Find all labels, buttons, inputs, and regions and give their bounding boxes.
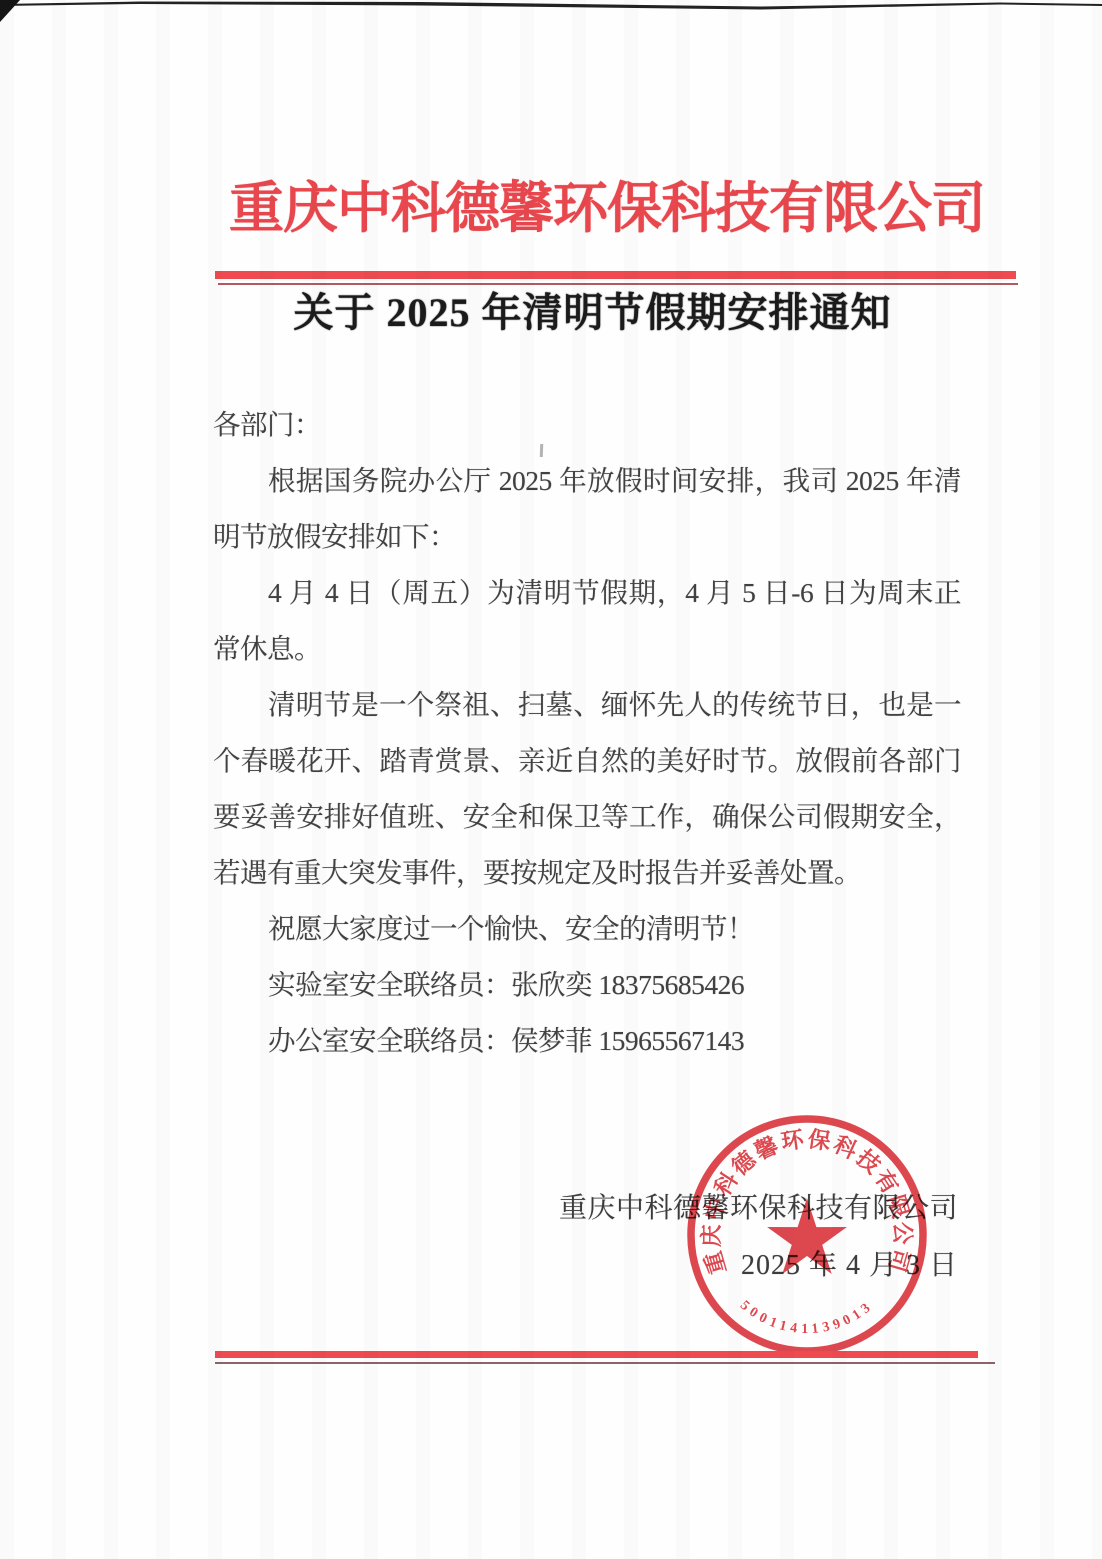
body-line: 办公室安全联络员：侯梦菲 15965567143	[213, 1013, 961, 1069]
salutation-line: 各部门：	[213, 397, 961, 453]
body-paragraph: 祝愿大家度过一个愉快、安全的清明节！	[213, 901, 961, 957]
body-line: 个春暖花开、踏青赏景、亲近自然的美好时节。放假前各部门	[213, 733, 961, 789]
body-line: 祝愿大家度过一个愉快、安全的清明节！	[213, 901, 961, 957]
body-line: 要妥善安排好值班、安全和保卫等工作，确保公司假期安全，	[213, 789, 961, 845]
notice-body: 各部门： 根据国务院办公厅 2025 年放假时间安排，我司 2025 年清明节放…	[213, 397, 961, 1069]
footer-rule-thin	[215, 1362, 995, 1364]
header-rule-thin	[218, 283, 1018, 285]
company-seal-stamp: 重庆中科德馨环保科技有限公司 5001141139013	[672, 1100, 942, 1370]
scanned-notice-page: 重庆中科德馨环保科技有限公司 关于 2025 年清明节假期安排通知 各部门： 根…	[0, 0, 1102, 1559]
body-line: 常休息。	[213, 621, 961, 677]
document-title: 关于 2025 年清明节假期安排通知	[215, 289, 970, 337]
body-paragraphs: 根据国务院办公厅 2025 年放假时间安排，我司 2025 年清明节放假安排如下…	[213, 453, 961, 1069]
company-letterhead-title: 重庆中科德馨环保科技有限公司	[207, 176, 1007, 242]
seal-registration-number: 5001141139013	[737, 1298, 877, 1337]
footer-rule-thick	[215, 1351, 978, 1358]
seal-star-icon	[767, 1198, 847, 1274]
body-paragraph: 办公室安全联络员：侯梦菲 15965567143	[213, 1013, 961, 1069]
scan-edge-artifact	[0, 0, 1102, 14]
body-line: 4 月 4 日（周五）为清明节假期，4 月 5 日-6 日为周末正	[213, 565, 961, 621]
body-line: 实验室安全联络员：张欣奕 18375685426	[213, 957, 961, 1013]
body-paragraph: 实验室安全联络员：张欣奕 18375685426	[213, 957, 961, 1013]
body-line: 明节放假安排如下：	[213, 509, 961, 565]
body-paragraph: 根据国务院办公厅 2025 年放假时间安排，我司 2025 年清明节放假安排如下…	[213, 453, 961, 565]
body-line: 根据国务院办公厅 2025 年放假时间安排，我司 2025 年清	[213, 453, 961, 509]
body-line: 若遇有重大突发事件，要按规定及时报告并妥善处置。	[213, 845, 961, 901]
body-paragraph: 清明节是一个祭祖、扫墓、缅怀先人的传统节日，也是一个春暖花开、踏青赏景、亲近自然…	[213, 677, 961, 901]
header-rule-thick	[215, 271, 1016, 279]
body-paragraph: 4 月 4 日（周五）为清明节假期，4 月 5 日-6 日为周末正常休息。	[213, 565, 961, 677]
body-line: 清明节是一个祭祖、扫墓、缅怀先人的传统节日，也是一	[213, 677, 961, 733]
